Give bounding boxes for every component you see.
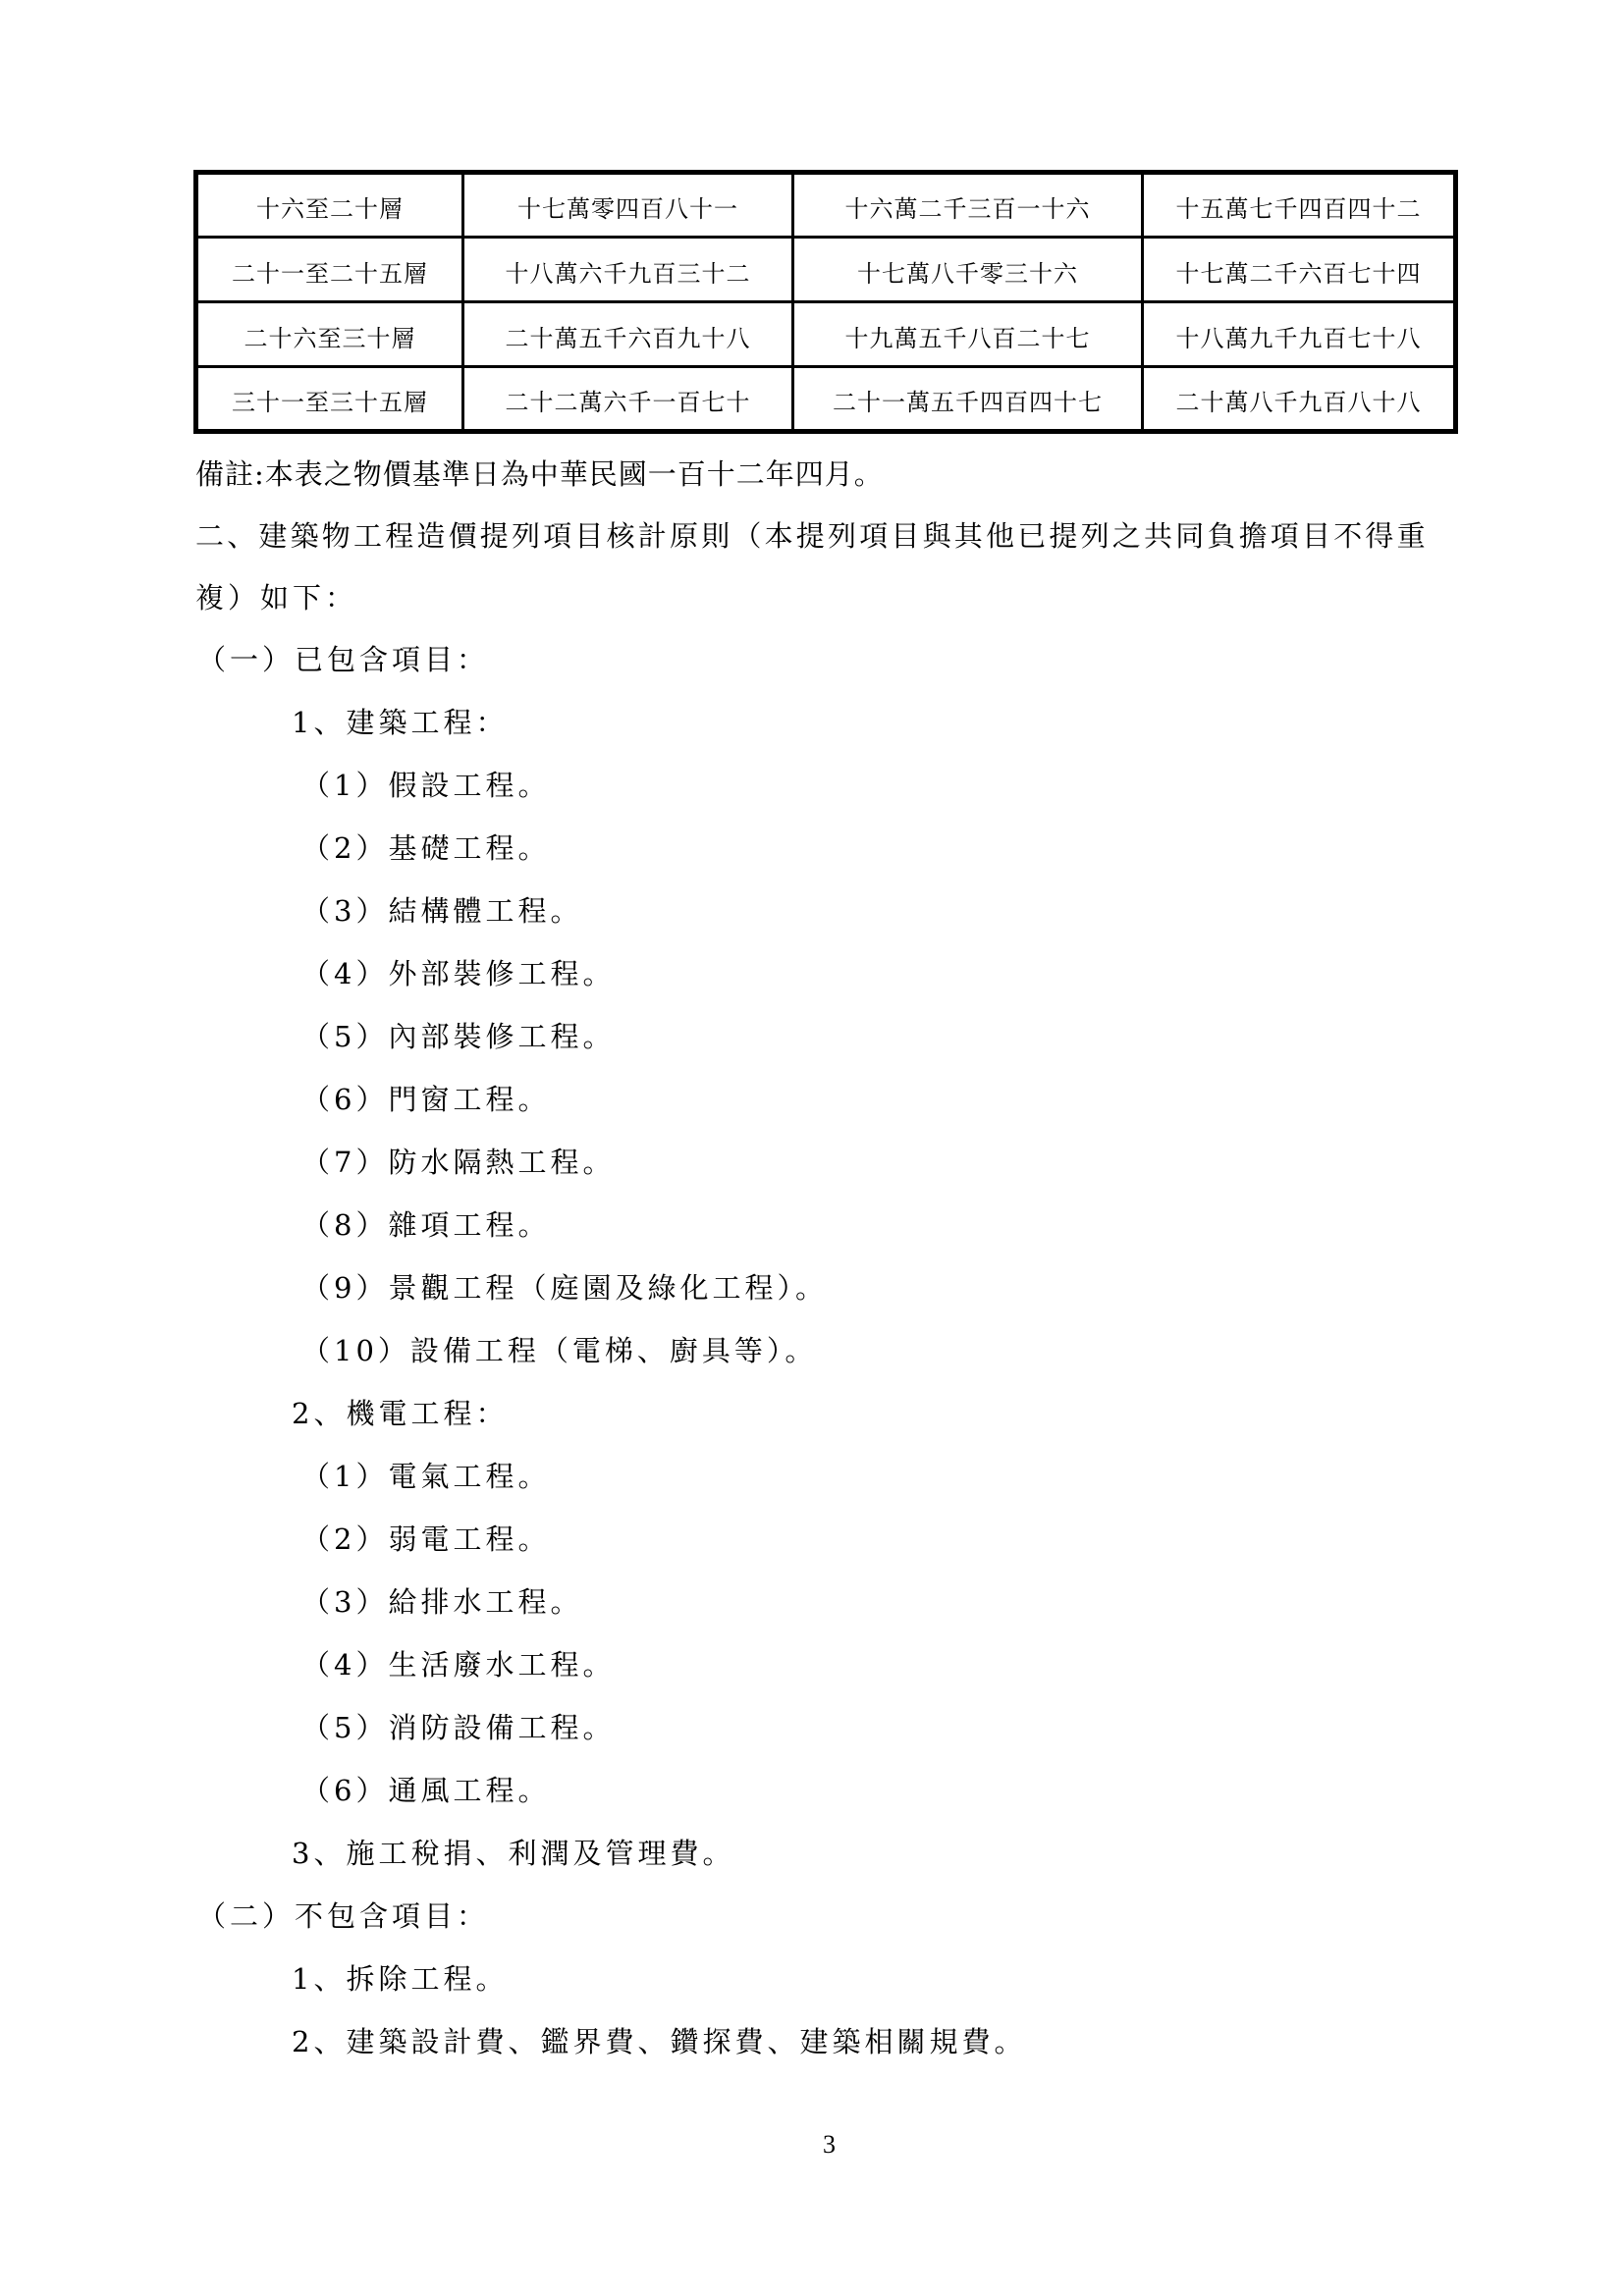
group-title: 3、施工稅捐、利潤及管理費。 xyxy=(292,1834,734,1873)
table-cell: 二十一萬五千四百四十七 xyxy=(793,367,1143,432)
list-item: 1、拆除工程。 xyxy=(292,1959,508,1999)
list-item: （5）內部裝修工程。 xyxy=(301,1017,615,1056)
list-item: （4）生活廢水工程。 xyxy=(301,1645,615,1684)
table-cell: 二十萬五千六百九十八 xyxy=(463,302,793,367)
table-cell-floors: 十六至二十層 xyxy=(196,173,463,238)
list-item: （7）防水隔熱工程。 xyxy=(301,1143,615,1182)
table-cell: 十七萬八千零三十六 xyxy=(793,238,1143,302)
table-cell-floors: 三十一至三十五層 xyxy=(196,367,463,432)
table-cell: 十五萬七千四百四十二 xyxy=(1143,173,1456,238)
list-item: （6）門窗工程。 xyxy=(301,1080,550,1119)
table-cell: 十七萬二千六百七十四 xyxy=(1143,238,1456,302)
table-cell: 十八萬六千九百三十二 xyxy=(463,238,793,302)
list-item: （8）雜項工程。 xyxy=(301,1205,550,1245)
group-title: 1、建築工程： xyxy=(292,703,508,742)
list-item: （3）給排水工程。 xyxy=(301,1582,582,1622)
excluded-heading: （二）不包含項目： xyxy=(197,1896,489,1936)
table-cell: 二十萬八千九百八十八 xyxy=(1143,367,1456,432)
section-heading-line1: 二、建築物工程造價提列項目核計原則（本提列項目與其他已提列之共同負擔項目不得重 xyxy=(195,516,1429,556)
table-row: 二十六至三十層 二十萬五千六百九十八 十九萬五千八百二十七 十八萬九千九百七十八 xyxy=(196,302,1456,367)
list-item: （1）假設工程。 xyxy=(301,766,550,805)
table-cell: 十九萬五千八百二十七 xyxy=(793,302,1143,367)
group-title: 2、機電工程： xyxy=(292,1394,508,1433)
table-cell: 二十二萬六千一百七十 xyxy=(463,367,793,432)
table-row: 二十一至二十五層 十八萬六千九百三十二 十七萬八千零三十六 十七萬二千六百七十四 xyxy=(196,238,1456,302)
list-item: （2）弱電工程。 xyxy=(301,1520,550,1559)
list-item: （1）電氣工程。 xyxy=(301,1457,550,1496)
list-item: （6）通風工程。 xyxy=(301,1771,550,1810)
table-cell: 十八萬九千九百七十八 xyxy=(1143,302,1456,367)
list-item: （10）設備工程（電梯、廚具等）。 xyxy=(301,1331,817,1370)
list-item: （3）結構體工程。 xyxy=(301,891,582,931)
construction-cost-table: 十六至二十層 十七萬零四百八十一 十六萬二千三百一十六 十五萬七千四百四十二 二… xyxy=(193,170,1458,434)
table-cell-floors: 二十六至三十層 xyxy=(196,302,463,367)
list-item: 2、建築設計費、鑑界費、鑽探費、建築相關規費。 xyxy=(292,2022,1026,2061)
table-row: 三十一至三十五層 二十二萬六千一百七十 二十一萬五千四百四十七 二十萬八千九百八… xyxy=(196,367,1456,432)
list-item: （5）消防設備工程。 xyxy=(301,1708,615,1747)
page-number: 3 xyxy=(823,2130,836,2160)
included-heading: （一）已包含項目： xyxy=(197,640,489,679)
list-item: （4）外部裝修工程。 xyxy=(301,954,615,993)
table-row: 十六至二十層 十七萬零四百八十一 十六萬二千三百一十六 十五萬七千四百四十二 xyxy=(196,173,1456,238)
table-cell-floors: 二十一至二十五層 xyxy=(196,238,463,302)
list-item: （2）基礎工程。 xyxy=(301,828,550,868)
table-note: 備註:本表之物價基準日為中華民國一百十二年四月。 xyxy=(195,454,884,494)
section-heading-line2: 複）如下： xyxy=(195,578,357,617)
table-cell: 十七萬零四百八十一 xyxy=(463,173,793,238)
table-cell: 十六萬二千三百一十六 xyxy=(793,173,1143,238)
document-page: 十六至二十層 十七萬零四百八十一 十六萬二千三百一十六 十五萬七千四百四十二 二… xyxy=(0,0,1624,2296)
list-item: （9）景觀工程（庭園及綠化工程）。 xyxy=(301,1268,828,1308)
